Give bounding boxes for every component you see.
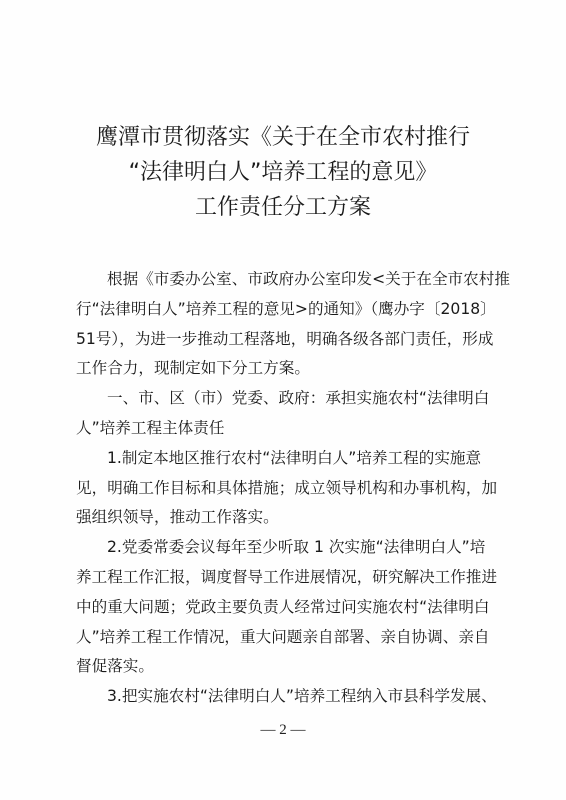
text-line: 行“法律明白人”培养工程的意见>的通知》（鹰办字〔2018〕 [76,295,492,325]
text-line: 2.党委常委会议每年至少听取 1 次实施“法律明白人”培 [76,533,492,563]
title-line-3: 工作责任分工方案 [0,190,566,225]
title-line-2: “法律明白人”培养工程的意见》 [0,155,566,190]
title-line-1: 鹰潭市贯彻落实《关于在全市农村推行 [0,120,566,155]
text-line: 督促落实。 [76,652,492,682]
text-line: 1.制定本地区推行农村“法律明白人”培养工程的实施意 [76,444,492,474]
item-1-paragraph: 1.制定本地区推行农村“法律明白人”培养工程的实施意 见，明确工作目标和具体措施… [76,444,492,533]
text-line: 3.把实施农村“法律明白人”培养工程纳入市县科学发展、 [76,682,492,712]
text-line: 强组织领导，推动工作落实。 [76,503,492,533]
item-3-paragraph: 3.把实施农村“法律明白人”培养工程纳入市县科学发展、 [76,682,492,712]
text-line: 根据《市委办公室、市政府办公室印发<关于在全市农村推 [76,265,492,295]
text-line: 人”培养工程主体责任 [76,414,492,444]
item-2-paragraph: 2.党委常委会议每年至少听取 1 次实施“法律明白人”培 养工程工作汇报，调度督… [76,533,492,682]
text-line: 人”培养工程工作情况，重大问题亲自部署、亲自协调、亲自 [76,623,492,653]
text-line: 一、市、区（市）党委、政府：承担实施农村“法律明白 [76,384,492,414]
document-body: 根据《市委办公室、市政府办公室印发<关于在全市农村推 行“法律明白人”培养工程的… [76,265,492,712]
text-line: 工作合力，现制定如下分工方案。 [76,354,492,384]
document-page: 鹰潭市贯彻落实《关于在全市农村推行 “法律明白人”培养工程的意见》 工作责任分工… [0,0,566,800]
intro-paragraph: 根据《市委办公室、市政府办公室印发<关于在全市农村推 行“法律明白人”培养工程的… [76,265,492,384]
text-line: 见，明确工作目标和具体措施；成立领导机构和办事机构，加 [76,474,492,504]
document-title: 鹰潭市贯彻落实《关于在全市农村推行 “法律明白人”培养工程的意见》 工作责任分工… [0,120,566,225]
section-1-heading: 一、市、区（市）党委、政府：承担实施农村“法律明白 人”培养工程主体责任 [76,384,492,444]
text-line: 中的重大问题；党政主要负责人经常过问实施农村“法律明白 [76,593,492,623]
text-line: 养工程工作汇报，调度督导工作进展情况，研究解决工作推进 [76,563,492,593]
text-line: 51号），为进一步推动工程落地，明确各级各部门责任，形成 [76,325,492,355]
page-number: — 2 — [0,722,566,739]
